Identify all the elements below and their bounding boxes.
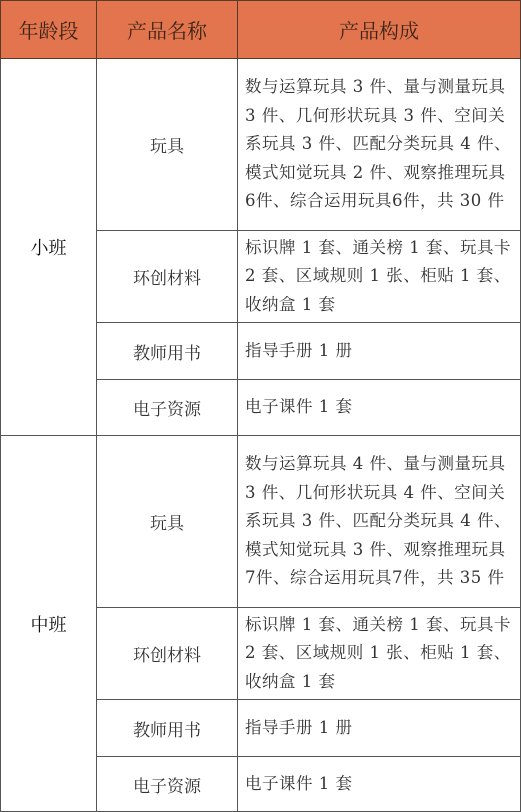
table-row: 中班 玩具 数与运算玩具 4 件、量与测量玩具 3 件、几何形状玩具 4 件、空… xyxy=(1,436,521,608)
product-table: 年龄段 产品名称 产品构成 小班 玩具 数与运算玩具 3 件、量与测量玩具 3 … xyxy=(0,0,521,810)
product-composition-cell: 数与运算玩具 4 件、量与测量玩具 3 件、几何形状玩具 4 件、空间关系玩具 … xyxy=(238,436,521,608)
product-composition-cell: 标识牌 1 套、通关榜 1 套、玩具卡 2 套、区域规则 1 张、柜贴 1 套、… xyxy=(238,231,521,323)
product-composition-cell: 数与运算玩具 3 件、量与测量玩具 3 件、几何形状玩具 3 件、空间关系玩具 … xyxy=(238,59,521,231)
product-composition-cell: 电子课件 1 套 xyxy=(238,380,521,436)
header-age: 年龄段 xyxy=(1,1,97,59)
table-row: 小班 玩具 数与运算玩具 3 件、量与测量玩具 3 件、几何形状玩具 3 件、空… xyxy=(1,59,521,231)
header-product-composition: 产品构成 xyxy=(238,1,521,59)
product-name-cell: 玩具 xyxy=(97,436,238,608)
product-composition-cell: 指导手册 1 册 xyxy=(238,700,521,757)
product-name-cell: 电子资源 xyxy=(97,757,238,811)
product-name-cell: 玩具 xyxy=(97,59,238,231)
product-composition-cell: 标识牌 1 套、通关榜 1 套、玩具卡 2 套、区域规则 1 张、柜贴 1 套、… xyxy=(238,608,521,700)
age-group-cell: 小班 xyxy=(1,59,97,436)
product-name-cell: 教师用书 xyxy=(97,323,238,380)
header-product-name: 产品名称 xyxy=(97,1,238,59)
age-group-cell: 中班 xyxy=(1,436,97,811)
header-row: 年龄段 产品名称 产品构成 xyxy=(1,1,521,59)
product-name-cell: 电子资源 xyxy=(97,380,238,436)
product-name-cell: 教师用书 xyxy=(97,700,238,757)
product-composition-cell: 指导手册 1 册 xyxy=(238,323,521,380)
product-composition-cell: 电子课件 1 套 xyxy=(238,757,521,811)
product-name-cell: 环创材料 xyxy=(97,608,238,700)
product-name-cell: 环创材料 xyxy=(97,231,238,323)
